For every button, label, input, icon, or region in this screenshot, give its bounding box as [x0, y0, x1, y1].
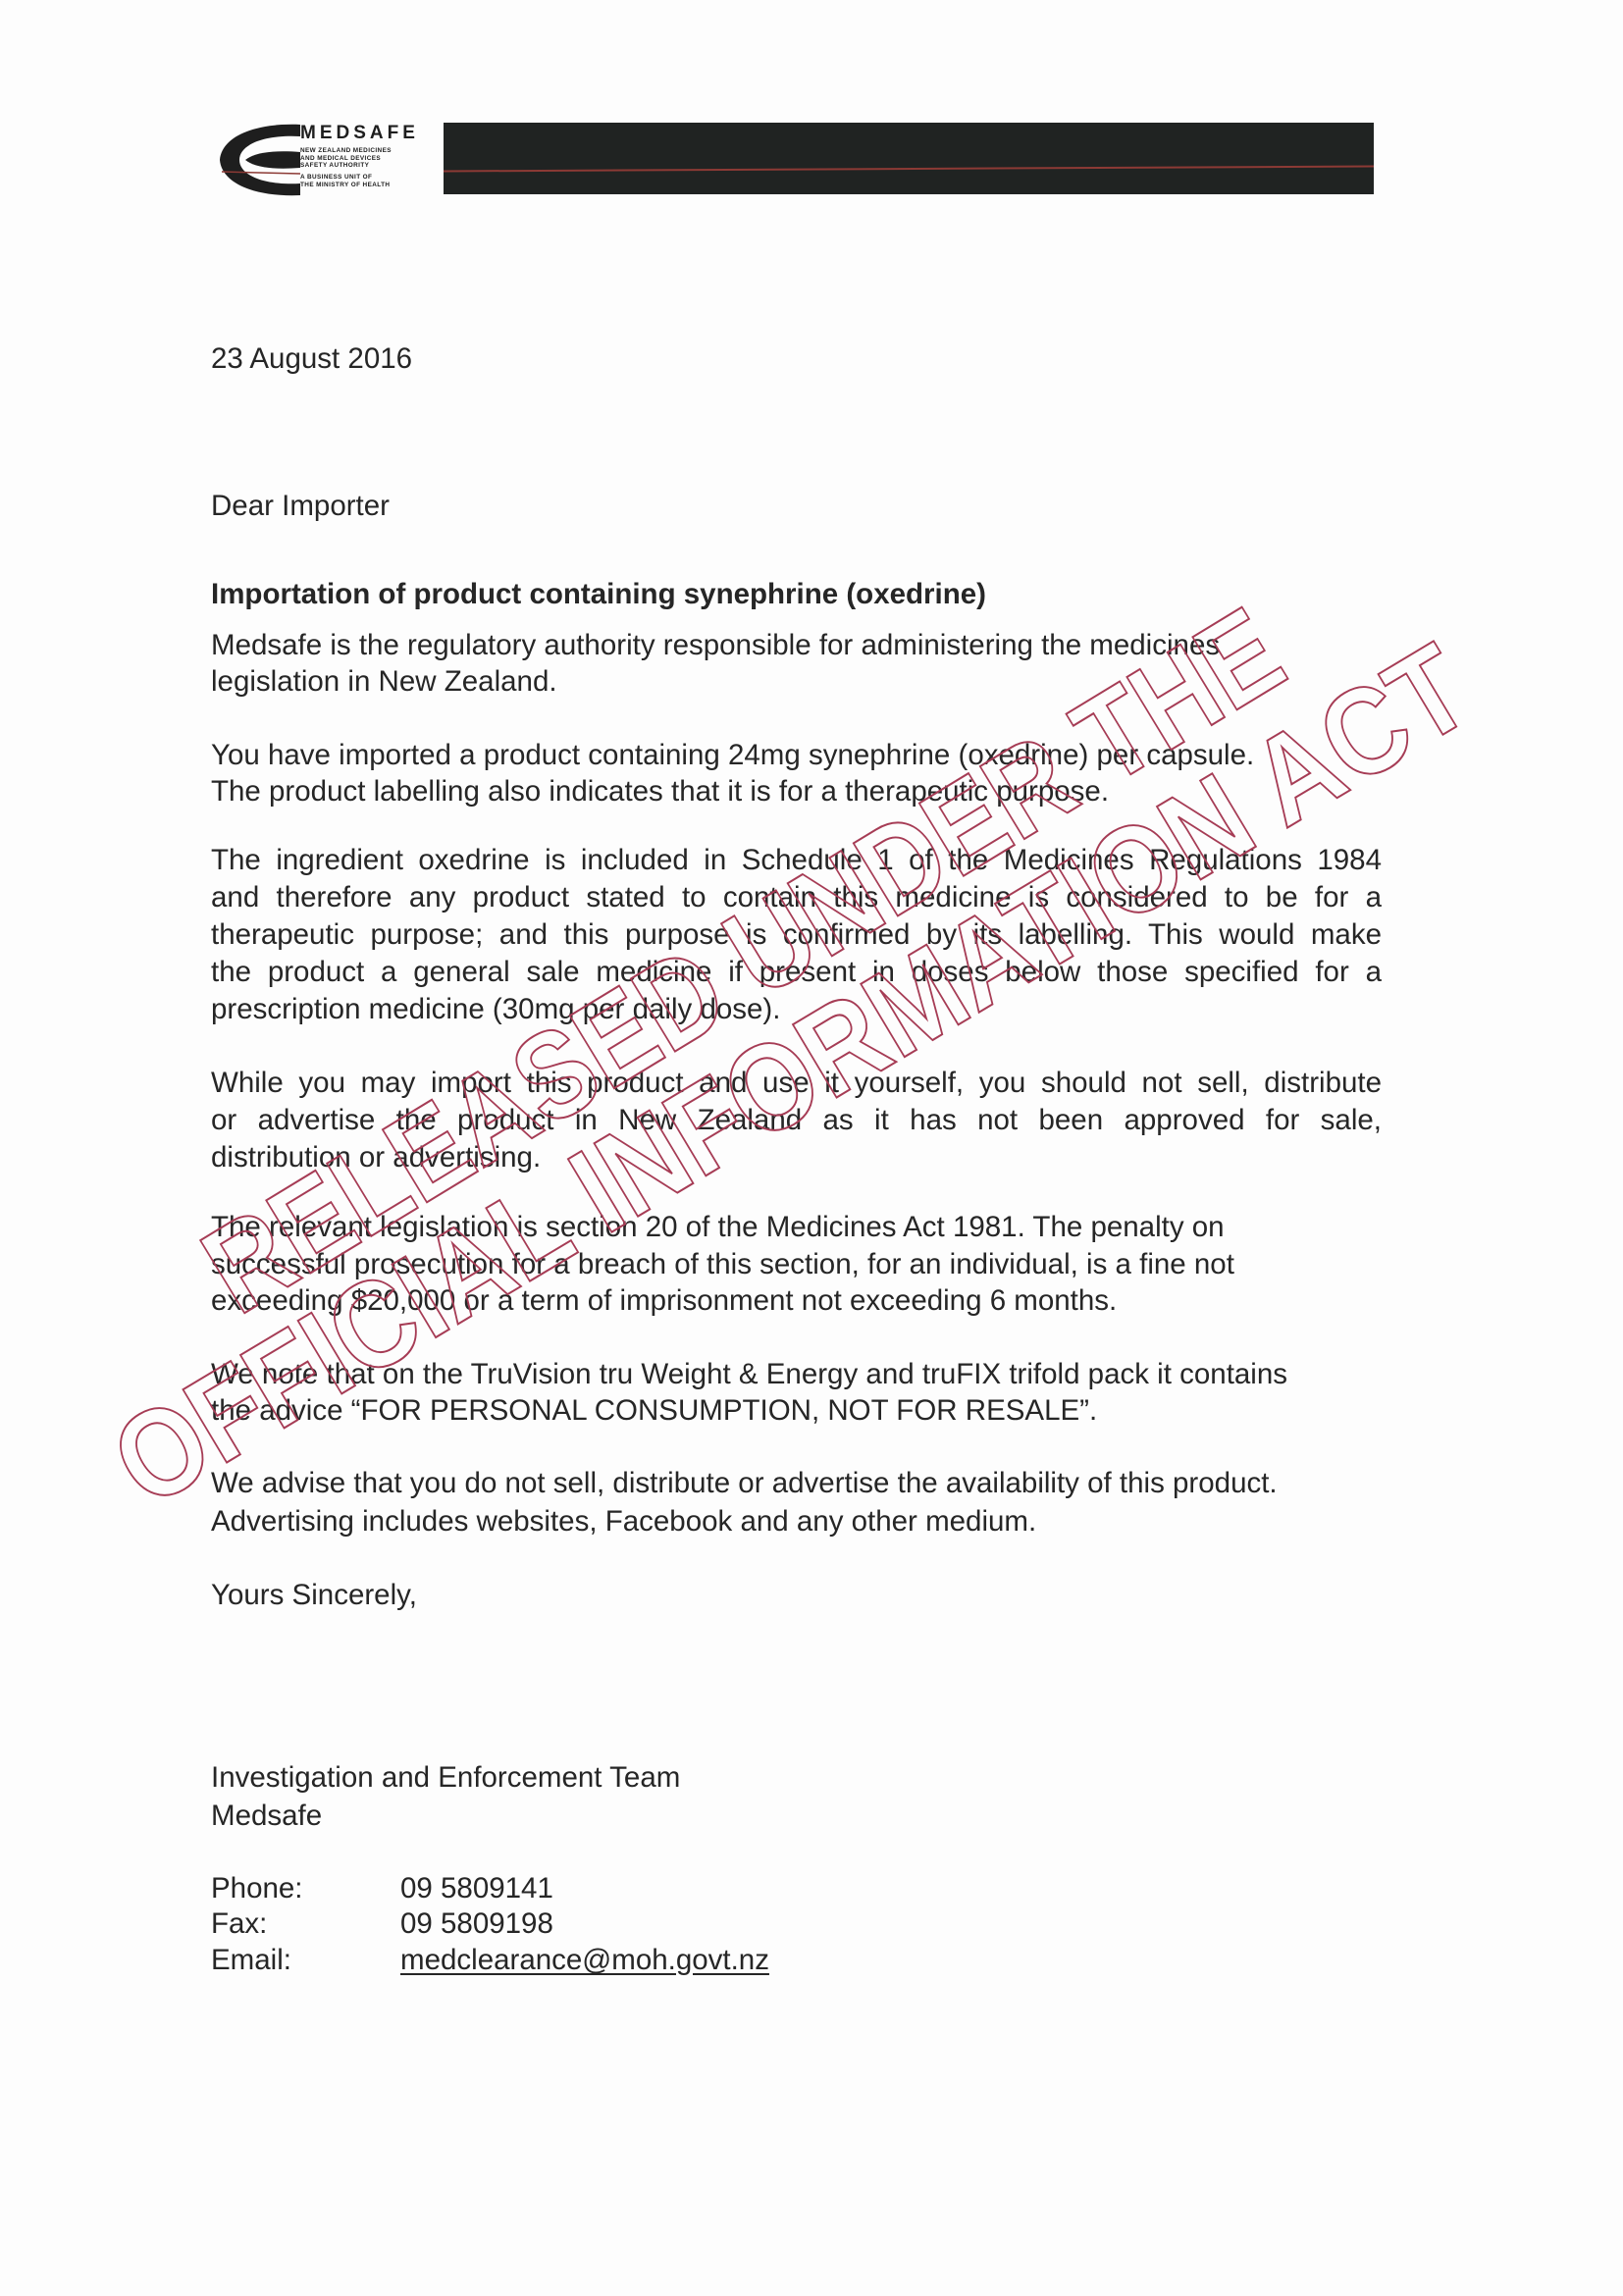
medsafe-c-mark-icon — [216, 123, 304, 197]
paragraph-line: The product labelling also indicates tha… — [211, 774, 1109, 809]
paragraph-line: The relevant legislation is section 20 o… — [211, 1210, 1225, 1245]
paragraph-line: the advice “FOR PERSONAL CONSUMPTION, NO… — [211, 1393, 1097, 1429]
paragraph-line: the product a general sale medicine if p… — [211, 955, 1382, 990]
paragraph-line: or advertise the product in New Zealand … — [211, 1103, 1382, 1138]
paragraph-line: prescription medicine (30mg per daily do… — [211, 992, 780, 1027]
medsafe-logo: MEDSAFE New Zealand Medicines and Medica… — [216, 123, 442, 199]
letter-date: 23 August 2016 — [211, 341, 412, 377]
logo-wordmark: MEDSAFE — [300, 123, 419, 144]
paragraph-line: successful prosecution for a breach of t… — [211, 1247, 1234, 1282]
paragraph-line: distribution or advertising. — [211, 1140, 541, 1175]
paragraph-line: We advise that you do not sell, distribu… — [211, 1466, 1278, 1501]
letterhead-bar — [444, 123, 1374, 194]
paragraph-line: Advertising includes websites, Facebook … — [211, 1504, 1036, 1539]
paragraph-line: The ingredient oxedrine is included in S… — [211, 843, 1382, 878]
letter-subject: Importation of product containing syneph… — [211, 577, 986, 612]
letter-page: MEDSAFE New Zealand Medicines and Medica… — [0, 0, 1623, 2296]
fax-label: Fax: — [211, 1906, 267, 1942]
closing: Yours Sincerely, — [211, 1578, 417, 1613]
phone-value: 09 5809141 — [400, 1871, 553, 1906]
email-link[interactable]: medclearance@moh.govt.nz — [400, 1943, 769, 1978]
signature-team: Investigation and Enforcement Team — [211, 1760, 680, 1796]
paragraph-line: Medsafe is the regulatory authority resp… — [211, 628, 1220, 663]
fax-value: 09 5809198 — [400, 1906, 553, 1942]
paragraph-line: exceeding $20,000 or a term of imprisonm… — [211, 1283, 1117, 1319]
signature-org: Medsafe — [211, 1799, 322, 1834]
paragraph-line: and therefore any product stated to cont… — [211, 880, 1382, 915]
salutation: Dear Importer — [211, 489, 390, 524]
paragraph-line: therapeutic purpose; and this purpose is… — [211, 917, 1382, 953]
paragraph-line: While you may import this product and us… — [211, 1066, 1382, 1101]
paragraph-line: legislation in New Zealand. — [211, 664, 557, 700]
logo-parent-org: A business unit of the Ministry of Healt… — [300, 174, 390, 188]
email-label: Email: — [211, 1943, 291, 1978]
paragraph-line: You have imported a product containing 2… — [211, 738, 1254, 773]
letterhead-stripe — [444, 166, 1374, 173]
paragraph-line: We note that on the TruVision tru Weight… — [211, 1357, 1287, 1392]
logo-tagline: New Zealand Medicines and Medical Device… — [300, 147, 392, 170]
phone-label: Phone: — [211, 1871, 303, 1906]
